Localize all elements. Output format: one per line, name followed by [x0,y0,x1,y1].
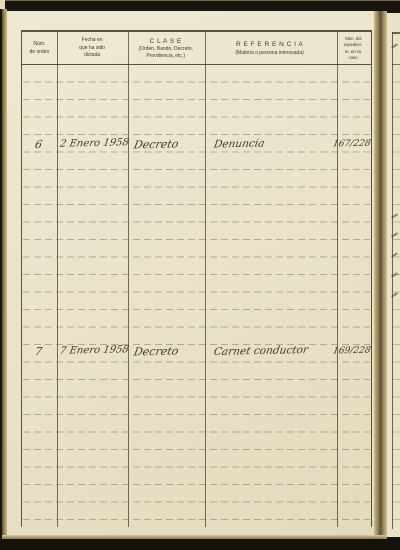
entry-clase: Decreto [133,138,180,152]
header-referencia-subtitle: (Materia o persona interesada) [235,50,303,57]
entry-fecha: 2 Enero 1958 [59,137,130,149]
column-divider [128,32,129,527]
header-folio-label: Núm. del expedien- te, en su caso [344,36,362,60]
entry-folio: 169/228 [332,346,371,357]
header-clase: C L A S E (Orden, Bando, Decreto, Provid… [127,32,204,64]
header-clase-title: C L A S E [150,37,182,47]
header-fecha: Fecha en que ha sido dictada [57,32,128,64]
next-page-table-top [392,32,400,34]
header-num-orden: Núm. de orden [22,32,57,64]
registry-entry: 6 2 Enero 1958 Decreto Denuncia 167/228 [22,138,371,158]
column-divider [57,32,58,527]
column-divider [205,32,206,527]
scan-top-hairline [0,0,400,1]
header-referencia: R E F E R E N C I A (Materia o persona i… [204,32,335,64]
binding-gutter [374,11,387,539]
next-page-sliver [387,13,400,537]
entry-referencia: Carnet conductor [213,344,309,358]
header-clase-subtitle: (Orden, Bando, Decreto, Providencia, etc… [138,46,192,60]
ledger-paper: Núm. de orden Fecha en que ha sido dicta… [7,11,374,538]
entry-fecha: 7 Enero 1958 [59,344,130,356]
entry-num: 7 [34,345,44,358]
entry-referencia: Denuncia [213,137,266,150]
header-num-orden-label: Núm. de orden [30,41,50,56]
column-divider [337,32,338,527]
page-corner-notch [0,0,5,9]
scan-bottom-band [0,539,400,550]
entry-num: 6 [34,138,44,151]
entry-clase: Decreto [133,345,180,359]
header-fecha-label: Fecha en que ha sido dictada [79,37,105,60]
header-referencia-title: R E F E R E N C I A [236,40,303,50]
ruled-lines [23,65,370,527]
header-folio: Núm. del expedien- te, en su caso [335,32,371,64]
table-header-row: Núm. de orden Fecha en que ha sido dicta… [22,32,371,65]
registry-table: Núm. de orden Fecha en que ha sido dicta… [21,30,372,527]
registry-entry: 7 7 Enero 1958 Decreto Carnet conductor … [22,345,371,365]
entry-folio: 167/228 [332,139,371,150]
